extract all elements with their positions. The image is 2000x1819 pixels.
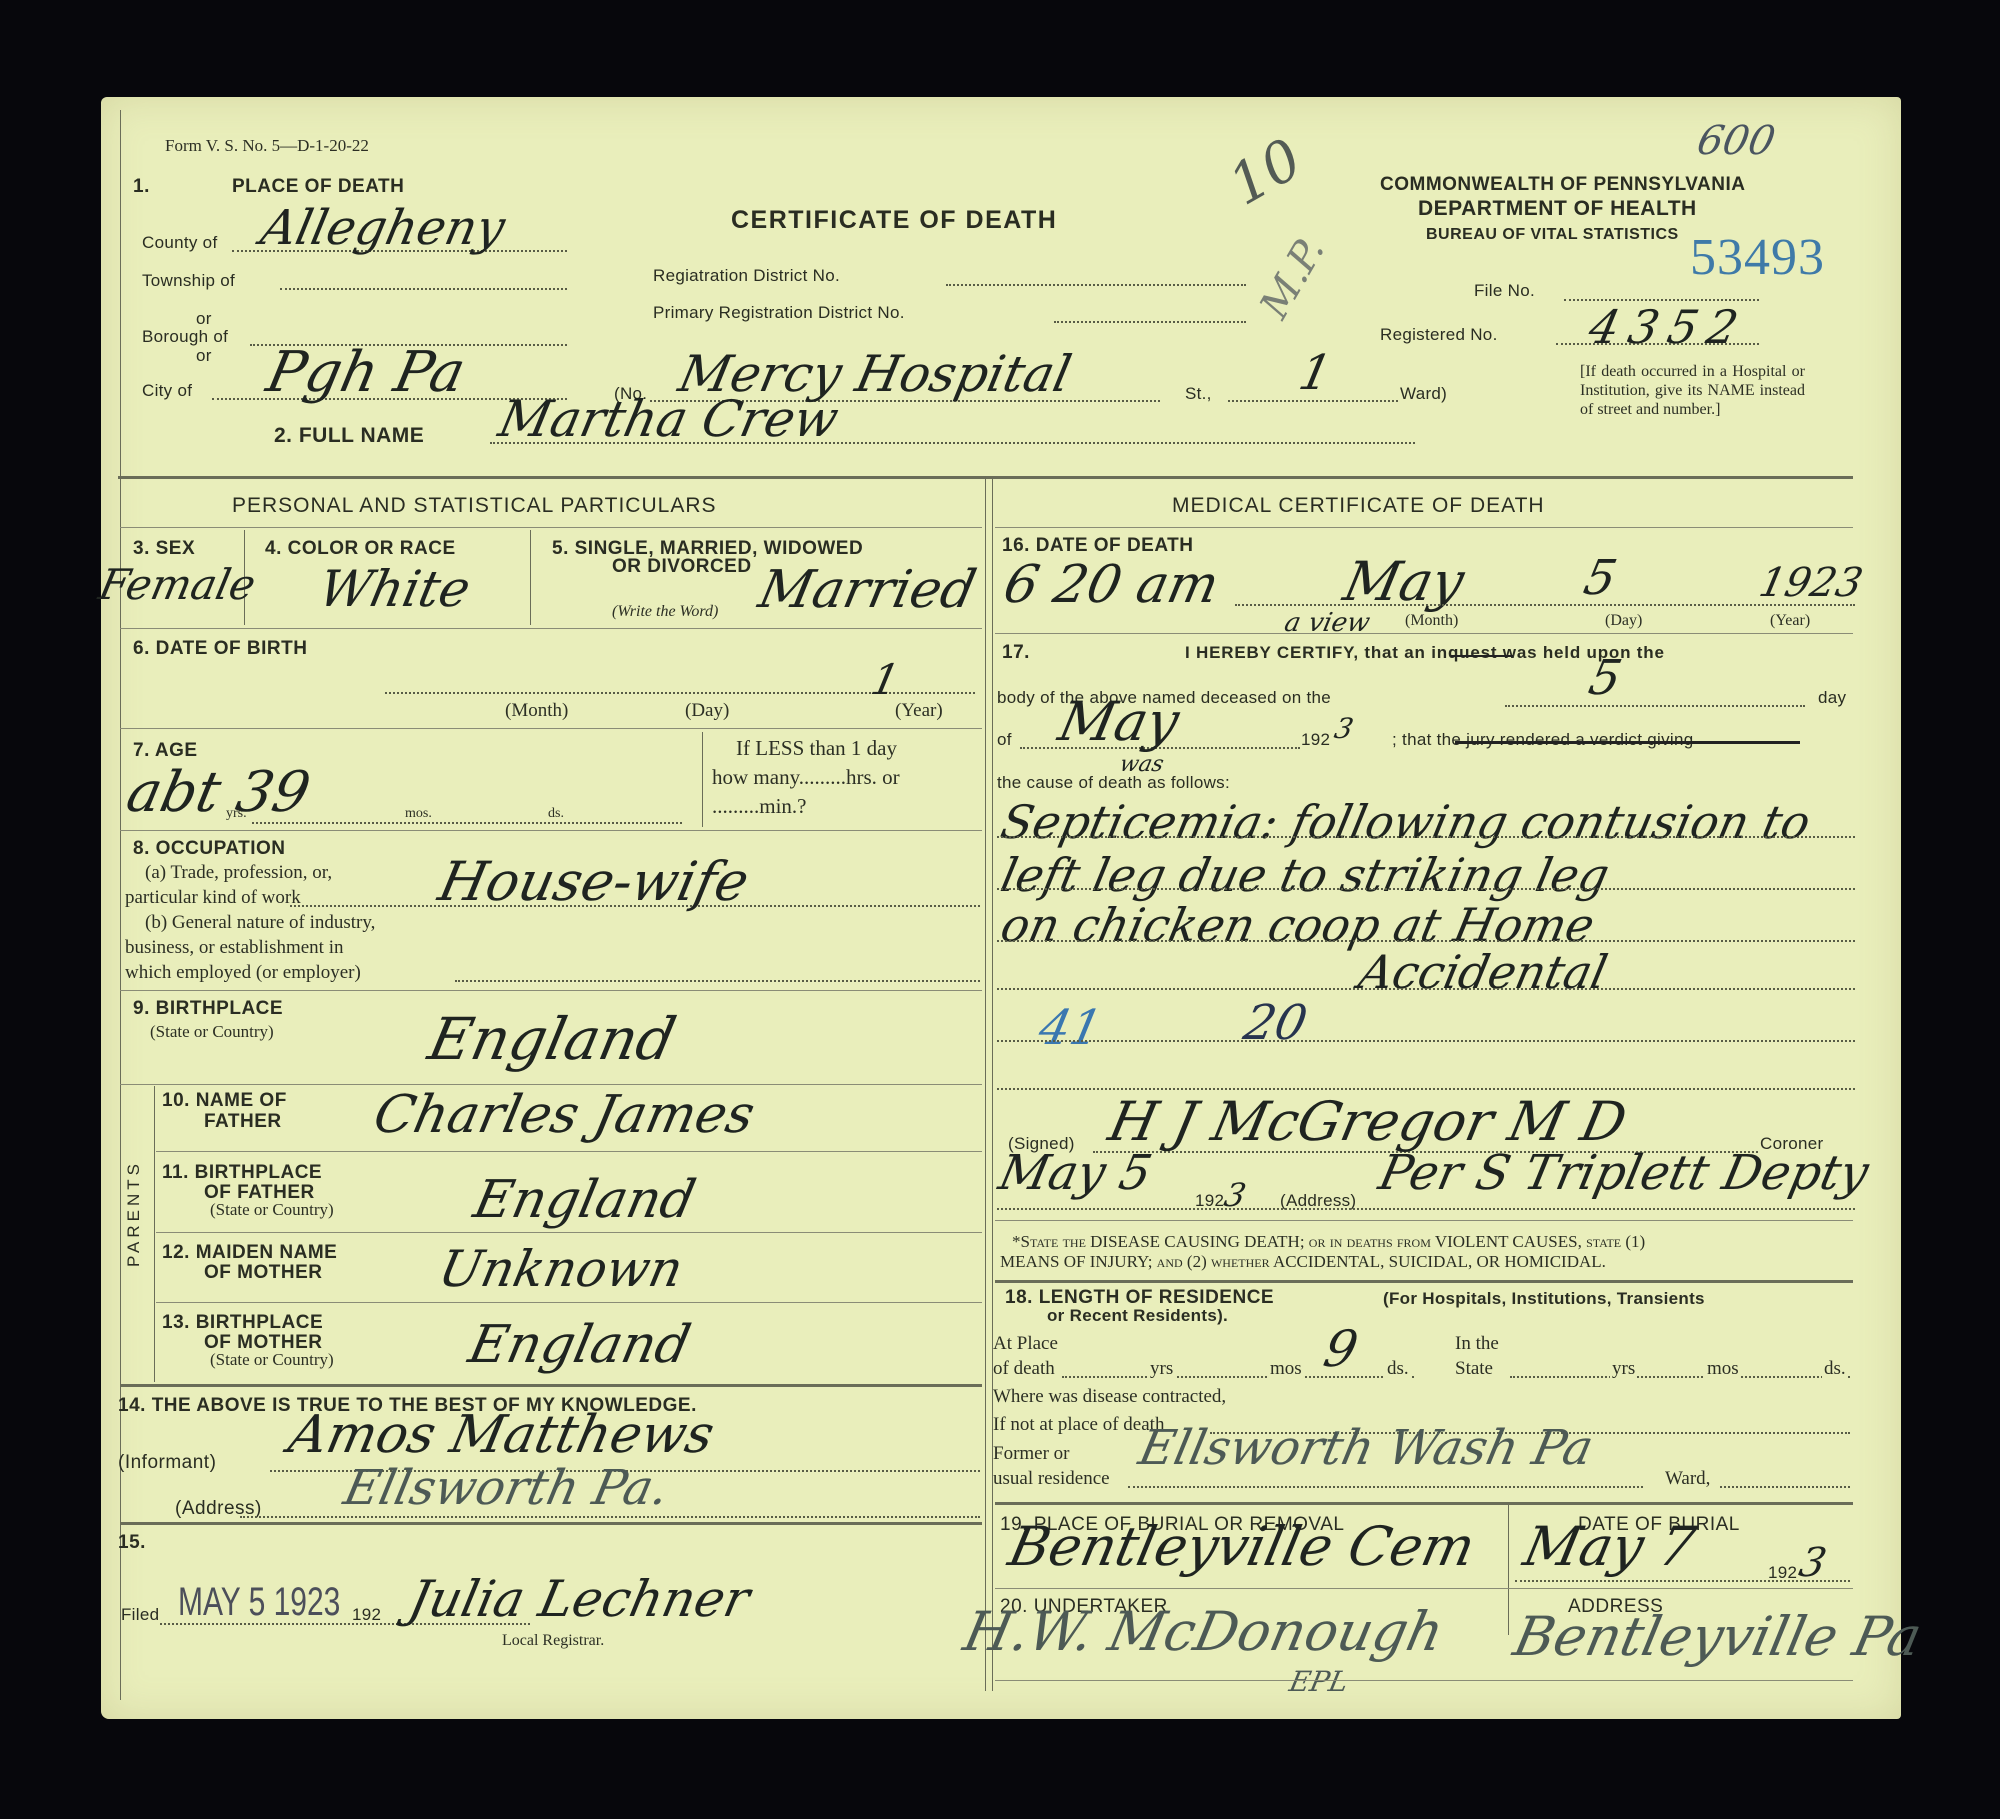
cause-field-2 [997, 888, 1855, 890]
rule [995, 1588, 1853, 1589]
mother-birthplace-label-1: 13. BIRTHPLACE [162, 1312, 323, 1334]
personal-section-title: PERSONAL AND STATISTICAL PARTICULARS [232, 494, 717, 518]
primary-district-label: Primary Registration District No. [653, 303, 905, 323]
undertaker-note: EPL [1286, 1665, 1351, 1698]
footnote-line-2: MEANS OF INJURY; and (2) whether ACCIDEN… [1000, 1252, 1606, 1272]
column-divider-left [985, 476, 986, 1691]
where-contracted-line-2: If not at place of death [993, 1414, 1164, 1436]
occupation-a-line-1: (a) Trade, profession, or, [145, 862, 332, 884]
at-place-yrs: yrs [1148, 1358, 1175, 1380]
dob-year-caption: (Year) [895, 700, 943, 722]
registered-no-value: 4352 [1584, 300, 1753, 354]
age-mos-caption: mos. [405, 806, 432, 822]
mother-maiden-label-1: 12. MAIDEN NAME [162, 1242, 337, 1264]
father-name-label-2: FATHER [204, 1111, 282, 1133]
inquest-month: May [1053, 690, 1184, 753]
rule [156, 1232, 982, 1233]
place-of-death-label: PLACE OF DEATH [232, 176, 404, 198]
occupation-b-line-2: business, or establishment in [125, 937, 343, 959]
of-word: of [997, 730, 1012, 750]
dob-day-caption: (Day) [685, 700, 729, 722]
form-number: Form V. S. No. 5—D-1-20-22 [165, 136, 369, 156]
filing-item: 15. [118, 1532, 146, 1554]
age-yrs-caption: yrs. [226, 806, 247, 822]
borough-label: Borough of [142, 327, 228, 347]
street-label: St., [1185, 384, 1212, 404]
coroner-address-field [997, 1208, 1855, 1210]
filed-year-prefix: 192 [352, 1605, 381, 1625]
authority-line-3: BUREAU OF VITAL STATISTICS [1426, 226, 1679, 244]
occupation-b-field [455, 980, 980, 982]
at-place-field [1062, 1376, 1414, 1378]
county-label: County of [142, 233, 217, 253]
strike-jury [1455, 741, 1800, 744]
registration-district-field [946, 284, 1246, 286]
former-residence-field [1128, 1486, 1643, 1488]
death-year: 1923 [1755, 560, 1867, 606]
inquest-year-prefix: 192 [1301, 730, 1330, 750]
sex-value: Female [95, 560, 260, 609]
rule [120, 628, 982, 629]
death-month-caption: (Month) [1405, 612, 1458, 630]
cause-intro: the cause of death as follows: [997, 773, 1230, 793]
in-state-yrs: yrs [1610, 1358, 1637, 1380]
former-residence-line-1: Former or [993, 1443, 1070, 1465]
residence-note-2: or Recent Residents). [1047, 1306, 1228, 1326]
medical-section-title: MEDICAL CERTIFICATE OF DEATH [1172, 494, 1545, 518]
rule [120, 728, 982, 729]
birthplace-value: England [423, 1005, 682, 1073]
death-day-caption: (Day) [1605, 612, 1642, 630]
mother-birthplace-sub: (State or Country) [210, 1350, 334, 1370]
father-birthplace-value: England [469, 1170, 701, 1230]
authority-line-1: COMMONWEALTH OF PENNSYLVANIA [1380, 174, 1745, 196]
burial-place-value: Bentleyville Cem [1003, 1515, 1480, 1578]
full-name-label: 2. FULL NAME [274, 424, 424, 448]
mother-maiden-value: Unknown [434, 1240, 688, 1298]
rule [154, 1086, 155, 1382]
rule [156, 1151, 982, 1152]
city-value: Pgh Pa [261, 340, 471, 405]
age-field [252, 822, 682, 824]
city-label: City of [142, 381, 192, 401]
filed-date-stamp: MAY 5 1923 [178, 1580, 340, 1625]
county-value: Allegheny [256, 200, 510, 256]
or-1: or [196, 309, 212, 329]
cause-field-5 [997, 1040, 1855, 1042]
code-number-41: 41 [1034, 1000, 1107, 1056]
cause-field-4 [997, 988, 1855, 990]
occupation-label: 8. OCCUPATION [133, 838, 286, 860]
father-birthplace-sub: (State or Country) [210, 1200, 334, 1220]
informant-address-value: Ellsworth Pa. [339, 1460, 674, 1516]
rule [530, 530, 531, 625]
rule [120, 990, 982, 991]
rule [995, 1220, 1853, 1221]
time-of-death: 6 20 am [999, 555, 1224, 615]
rule [702, 732, 703, 827]
rule [995, 633, 1853, 634]
dob-label: 6. DATE OF BIRTH [133, 638, 307, 660]
certify-item: 17. [1002, 642, 1030, 664]
rule [1508, 1505, 1509, 1635]
dob-month-caption: (Month) [505, 700, 568, 722]
age-label: 7. AGE [133, 740, 198, 762]
code-number-20: 20 [1239, 995, 1312, 1051]
less-than-day-line-2: how many.........hrs. or [712, 765, 900, 790]
former-residence-value: Ellsworth Wash Pa [1134, 1420, 1598, 1476]
full-name-value: Martha Crew [494, 390, 844, 448]
mother-maiden-label-2: OF MOTHER [204, 1262, 323, 1284]
cause-line-1: Septicemia: following contusion to [996, 795, 1815, 849]
at-place-ds: ds. [1385, 1358, 1411, 1380]
file-no-label: File No. [1474, 281, 1535, 301]
rule [995, 1502, 1853, 1505]
residence-ward-label: Ward, [1665, 1468, 1710, 1490]
registered-no-label: Registered No. [1380, 325, 1498, 345]
signed-date: May 5 [994, 1145, 1157, 1201]
birthplace-label: 9. BIRTHPLACE [133, 998, 283, 1020]
race-value: White [314, 560, 476, 618]
cause-line-4: Accidental [1354, 945, 1612, 999]
rule [120, 527, 982, 528]
undertaker-value: H.W. McDonough [958, 1600, 1449, 1663]
file-stamp-number: 53493 [1690, 228, 1825, 287]
occupation-b-line-3: which employed (or employer) [125, 962, 361, 984]
primary-district-field [1054, 321, 1246, 323]
day-word: day [1818, 688, 1846, 708]
ward-label: Ward) [1400, 384, 1447, 404]
age-ds-caption: ds. [548, 806, 564, 822]
rule [156, 1302, 982, 1303]
age-value: abt 39 [121, 760, 316, 825]
where-contracted-line-1: Where was disease contracted, [993, 1386, 1226, 1408]
registrar-signature: Julia Lechner [404, 1570, 755, 1628]
informant-address-field [240, 1516, 980, 1518]
informant-value: Amos Matthews [284, 1405, 720, 1465]
in-state-ds: ds. [1822, 1358, 1848, 1380]
occupation-a-line-2: particular kind of work [125, 887, 301, 909]
father-name-value: Charles James [369, 1085, 760, 1145]
race-label: 4. COLOR OR RACE [265, 538, 456, 560]
father-birthplace-label-1: 11. BIRTHPLACE [162, 1162, 322, 1184]
township-field [280, 288, 567, 290]
authority-line-2: DEPARTMENT OF HEALTH [1418, 197, 1697, 221]
in-state-line-2: State [1455, 1358, 1493, 1380]
informant-label: (Informant) [118, 1452, 216, 1474]
cause-line-3: on chicken coop at Home [996, 898, 1599, 952]
inquest-day-field [1505, 705, 1805, 707]
place-of-death-item: 1. [133, 176, 150, 198]
undertaker-address-value: Bentleyville Pa [1508, 1605, 1927, 1668]
registrar-label: Local Registrar. [502, 1632, 604, 1650]
marital-value: Married [754, 560, 981, 620]
top-annotation: 600 [1693, 118, 1779, 164]
residence-note-1: (For Hospitals, Institutions, Transients [1383, 1289, 1705, 1309]
deputy-signature: Per S Triplett Depty [1374, 1145, 1873, 1201]
filed-label: Filed [121, 1605, 159, 1625]
at-place-mos: mos [1268, 1358, 1304, 1380]
father-name-label-1: 10. NAME OF [162, 1090, 287, 1112]
document-title: CERTIFICATE OF DEATH [731, 206, 1057, 235]
burial-year-prefix: 192 [1768, 1563, 1797, 1583]
verdict-text: ; that the jury rendered a verdict givin… [1392, 730, 1693, 750]
mother-birthplace-value: England [464, 1315, 696, 1375]
sex-label: 3. SEX [133, 538, 195, 560]
in-state-line-1: In the [1455, 1333, 1499, 1355]
occupation-b-line-1: (b) General nature of industry, [145, 912, 375, 934]
burial-date-value: May 7 [1518, 1515, 1701, 1578]
in-state-mos: mos [1705, 1358, 1741, 1380]
birthplace-sub: (State or Country) [150, 1022, 274, 1042]
marital-hint: (Write the Word) [612, 603, 718, 621]
column-divider-right [992, 476, 993, 1691]
less-than-day-line-1: If LESS than 1 day [736, 736, 897, 761]
occupation-value: House-wife [433, 850, 754, 913]
date-of-death-label: 16. DATE OF DEATH [1002, 535, 1193, 557]
strike-an [1451, 655, 1513, 657]
at-place-line-1: At Place [993, 1333, 1058, 1355]
registration-district-label: Regiatration District No. [653, 266, 840, 286]
parents-side-label: PARENTS [124, 1160, 144, 1267]
rule [995, 527, 1853, 528]
hospital-note: [If death occurred in a Hospital or Inst… [1580, 362, 1805, 419]
in-state-field [1510, 1376, 1850, 1378]
at-place-line-2: of death [993, 1358, 1055, 1380]
cause-field-1 [997, 836, 1855, 838]
footnote-line-1: *State the DISEASE CAUSING DEATH; or in … [1012, 1232, 1645, 1252]
rule [120, 1384, 982, 1387]
former-residence-line-2: usual residence [993, 1468, 1110, 1490]
marital-label-2: OR DIVORCED [612, 556, 752, 578]
signed-by: H J McGregor M D [1103, 1090, 1632, 1153]
rule [120, 1522, 982, 1525]
rule [120, 830, 982, 831]
residence-ward-field [1720, 1486, 1850, 1488]
cause-line-2: left leg due to striking leg [996, 848, 1614, 902]
death-year-caption: (Year) [1770, 612, 1810, 630]
date-of-death-field [1235, 604, 1855, 606]
rule [995, 1680, 1853, 1681]
township-label: Township of [142, 271, 235, 291]
less-than-day-line-3: .........min.? [712, 794, 807, 819]
cause-field-3 [997, 940, 1855, 942]
or-2: or [196, 346, 212, 366]
rule [995, 1280, 1853, 1283]
